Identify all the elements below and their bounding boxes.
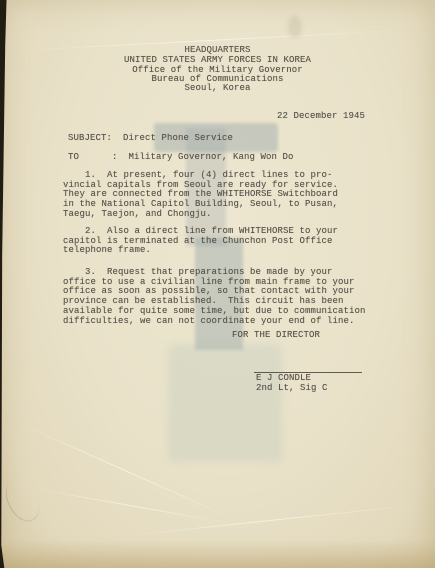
body-paragraph-1: 1. At present, four (4) direct lines to … [63, 171, 375, 220]
subject-line: SUBJECT: Direct Phone Service [68, 134, 233, 144]
date-line: 22 December 1945 [277, 112, 365, 122]
body-paragraph-2: 2. Also a direct line from WHITEHORSE to… [63, 227, 375, 256]
closing-line: FOR THE DIRECTOR [232, 331, 320, 341]
scanned-letter: HEADQUARTERS UNITED STATES ARMY FORCES I… [0, 0, 435, 568]
body-paragraph-3: 3. Request that preparations be made by … [63, 268, 381, 326]
letterhead-line: Seoul, Korea [0, 84, 435, 94]
to-line: TO : Military Governor, Kang Won Do [68, 153, 294, 163]
signature-title: 2nd Lt, Sig C [256, 384, 328, 394]
